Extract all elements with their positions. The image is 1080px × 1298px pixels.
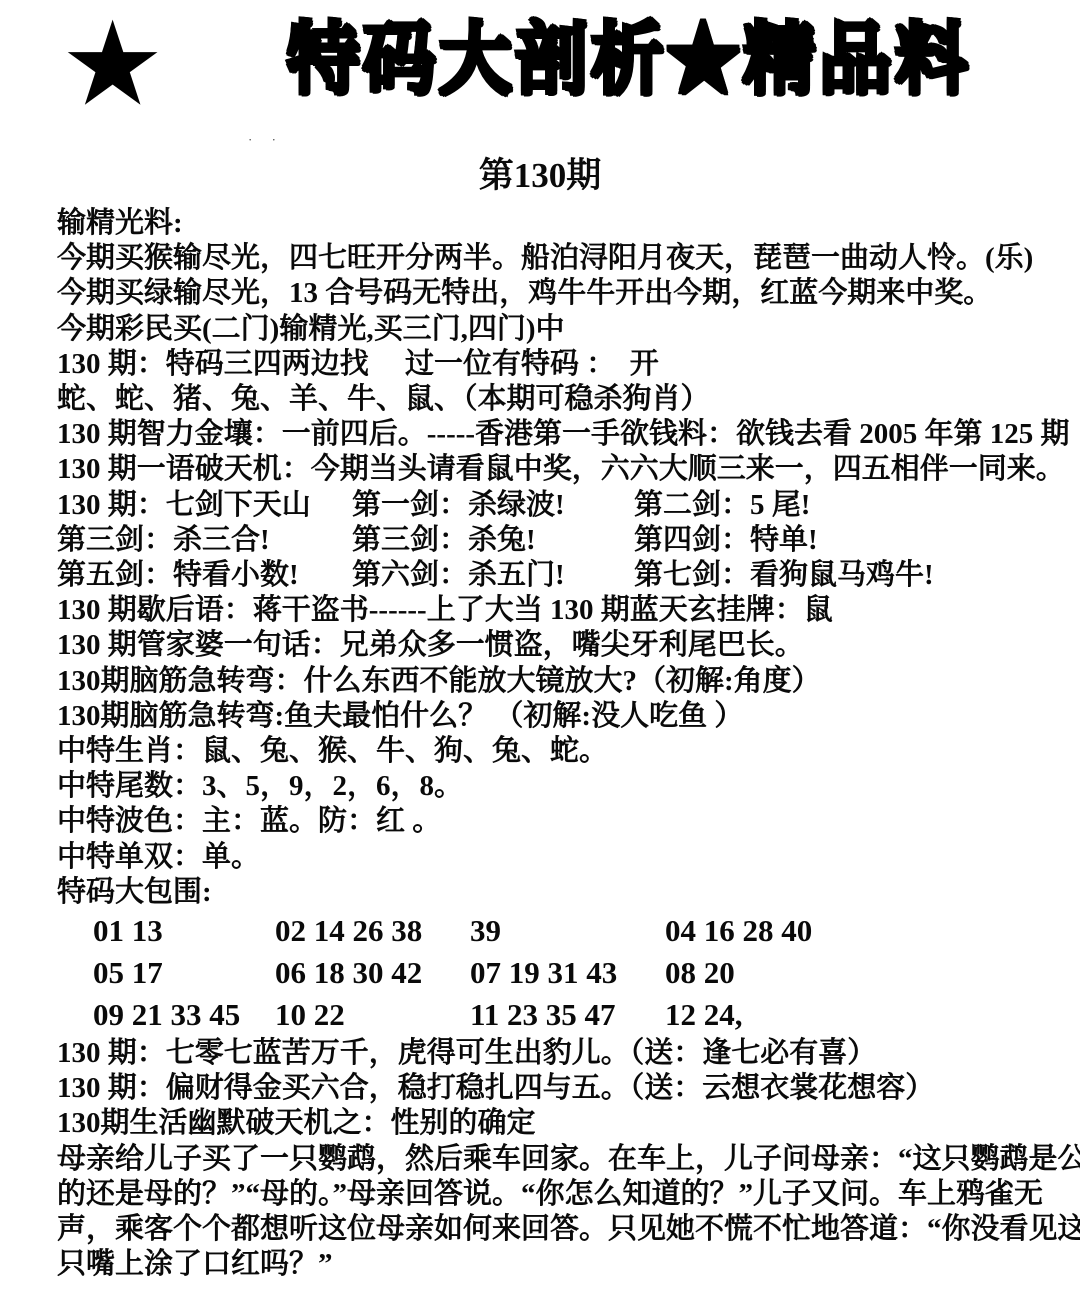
intro-heading: 输精光料: [57, 206, 1052, 241]
tip-line: 今期买绿输尽光，13 合号码无特出，鸡牛牛开出今期，红蓝今期来中奖。 [57, 276, 1052, 311]
sword-cell: 第三剑：杀兔! [352, 523, 634, 558]
number-group: 11 23 35 47 [470, 997, 665, 1032]
joke-line: 的还是母的？”“母的。”母亲回答说。“你怎么知道的？”儿子又问。车上鸦雀无 [57, 1177, 1052, 1212]
tip-line: 130 期：特码三四两边找 过一位有特码 ： 开 [57, 347, 1052, 382]
issue-number: 第130期 [0, 148, 1080, 198]
tip-line: 130 期：七零七蓝苦万千，虎得可生出豹儿。（送：逢七必有喜） [57, 1036, 1052, 1071]
number-group: 08 20 [665, 955, 1052, 990]
number-group: 06 18 30 42 [275, 955, 470, 990]
tip-line: 130期脑筋急转弯:鱼夫最怕什么？ （初解:没人吃鱼 ） [57, 699, 1052, 734]
tip-line: 130期脑筋急转弯：什么东西不能放大镜放大?（初解:角度） [57, 664, 1052, 699]
lottery-tip-sheet-page: ★ 特码大剖析★精品料 · · 第130期 输精光料: 今期买猴输尽光，四七旺开… [0, 0, 1080, 1298]
joke-heading: 130期生活幽默破天机之：性别的确定 [57, 1106, 1052, 1141]
tip-line: 130 期一语破天机：今期当头请看鼠中奖，六六大顺三来一，四五相伴一同来。 [57, 452, 1052, 487]
tip-line: 130 期智力金壤：一前四后。-----香港第一手欲钱料：欲钱去看 2005 年… [57, 417, 1052, 452]
joke-line: 母亲给儿子买了一只鹦鹉，然后乘车回家。在车上，儿子问母亲：“这只鹦鹉是公 [57, 1142, 1052, 1177]
tip-line: 中特单双：单。 [57, 840, 1052, 875]
tip-line: 中特波色：主：蓝。防：红 。 [57, 804, 1052, 839]
number-group: 10 22 [275, 997, 470, 1032]
star-icon: ★ [66, 14, 159, 118]
sword-cell: 130 期：七剑下天山 [57, 488, 352, 523]
sword-cell: 第六剑：杀五门! [352, 558, 634, 593]
document-body: 输精光料: 今期买猴输尽光，四七旺开分两半。船泊浔阳月夜天，琵琶一曲动人怜。(乐… [57, 206, 1052, 1282]
joke-line: 只嘴上涂了口红吗？” [57, 1247, 1052, 1282]
number-group: 09 21 33 45 [93, 997, 275, 1032]
sword-cell: 第三剑：杀三合! [57, 523, 352, 558]
sword-cell: 第四剑：特单! [634, 523, 1052, 558]
ink-speck: · · [248, 132, 284, 148]
number-row: 05 17 06 18 30 42 07 19 31 43 08 20 [57, 952, 1052, 994]
number-group: 39 [470, 913, 665, 948]
tip-line: 蛇、蛇、猪、兔、羊、牛、鼠、（本期可稳杀狗肖） [57, 382, 1052, 417]
tip-line: 中特尾数：3、5，9，2，6，8。 [57, 769, 1052, 804]
tip-line: 130 期歇后语：蒋干盗书------上了大当 130 期蓝天玄挂牌：鼠 [57, 593, 1052, 628]
number-group: 12 24, [665, 997, 1052, 1032]
sword-row: 第五剑：特看小数! 第六剑：杀五门! 第七剑：看狗鼠马鸡牛! [57, 558, 1052, 593]
section-heading-numbers: 特码大包围: [57, 875, 1052, 910]
number-group: 07 19 31 43 [470, 955, 665, 990]
number-row: 09 21 33 45 10 22 11 23 35 47 12 24, [57, 994, 1052, 1036]
tip-line: 今期彩民买(二门)输精光,买三门,四门)中 [57, 312, 1052, 347]
sword-cell: 第一剑：杀绿波! [352, 488, 634, 523]
number-group: 05 17 [93, 955, 275, 990]
page-title: 特码大剖析★精品料 [287, 10, 971, 111]
number-group: 02 14 26 38 [275, 913, 470, 948]
sword-cell: 第七剑：看狗鼠马鸡牛! [634, 558, 1052, 593]
joke-line: 声，乘客个个都想听这位母亲如何来回答。只见她不慌不忙地答道：“你没看见这 [57, 1212, 1052, 1247]
sword-cell: 第二剑：5 尾! [634, 488, 1052, 523]
sword-row: 130 期：七剑下天山 第一剑：杀绿波! 第二剑：5 尾! [57, 488, 1052, 523]
sword-cell: 第五剑：特看小数! [57, 558, 352, 593]
tip-line: 130 期管家婆一句话：兄弟众多一惯盗，嘴尖牙利尾巴长。 [57, 628, 1052, 663]
tip-line: 130 期：偏财得金买六合，稳打稳扎四与五。（送：云想衣裳花想容） [57, 1071, 1052, 1106]
number-group: 04 16 28 40 [665, 913, 1052, 948]
tip-line: 中特生肖：鼠、兔、猴、牛、狗、兔、蛇。 [57, 734, 1052, 769]
number-row: 01 13 02 14 26 38 39 04 16 28 40 [57, 910, 1052, 952]
tip-line: 今期买猴输尽光，四七旺开分两半。船泊浔阳月夜天，琵琶一曲动人怜。(乐) [57, 241, 1052, 276]
sword-row: 第三剑：杀三合! 第三剑：杀兔! 第四剑：特单! [57, 523, 1052, 558]
number-group: 01 13 [93, 913, 275, 948]
